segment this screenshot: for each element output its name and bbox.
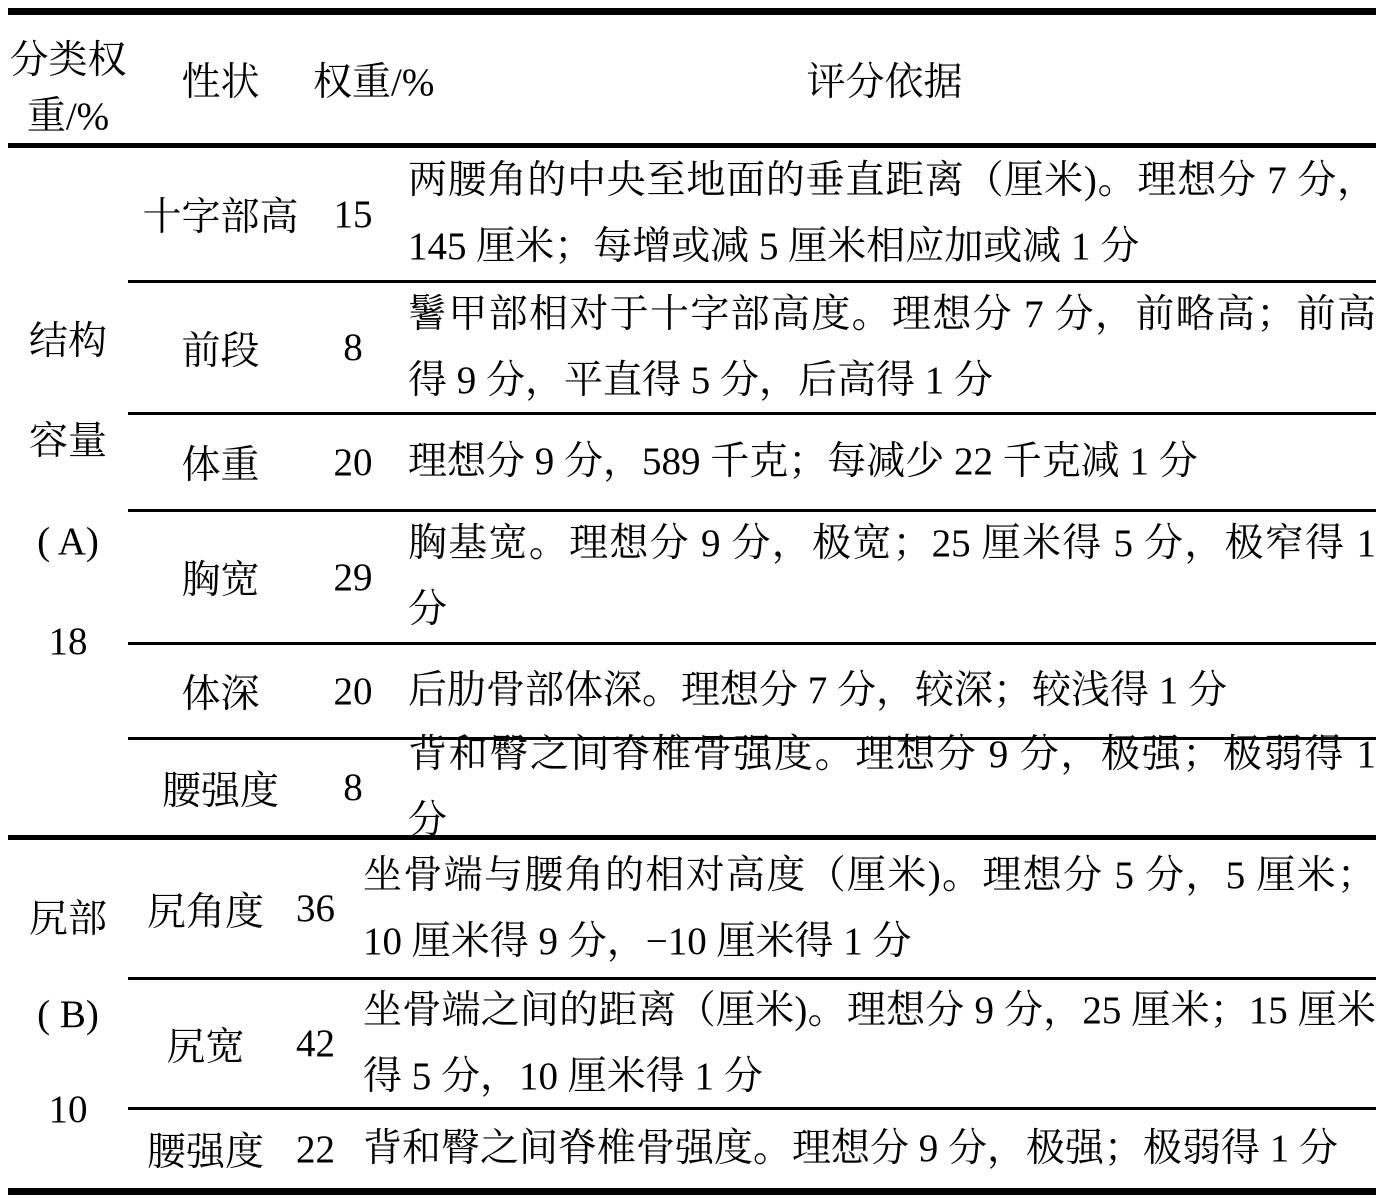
header-group-weight-line2: 重/% [8, 85, 128, 141]
table-header-row: 分类权 重/% 性状 权重/% 评分依据 [8, 15, 1376, 148]
section-rump: 尻部 ( B) 10 尻角度 36 坐骨端与腰角的相对高度（厘米)。理想分 5 … [8, 835, 1376, 1188]
basis-cell: 坐骨端与腰角的相对高度（厘米)。理想分 5 分，5 厘米；10 厘米得 9 分，… [348, 843, 1376, 975]
table-row: 腰强度 22 背和臀之间脊椎骨强度。理想分 9 分，极强；极弱得 1 分 [128, 1110, 1376, 1188]
header-cell-trait: 性状 [128, 51, 313, 107]
table-row: 十字部高 15 两腰角的中央至地面的垂直距离（厘米)。理想分 7 分，145 厘… [128, 148, 1376, 283]
table-row: 尻角度 36 坐骨端与腰角的相对高度（厘米)。理想分 5 分，5 厘米；10 厘… [128, 840, 1376, 980]
group-label-line: 容量 [8, 392, 128, 492]
group-label-line: ( B) [8, 967, 128, 1062]
weight-cell: 20 [313, 669, 393, 714]
trait-cell: 腰强度 [128, 1121, 283, 1177]
scoring-criteria-table: 分类权 重/% 性状 权重/% 评分依据 结构 容量 ( A) 18 十字部高 … [8, 8, 1376, 1195]
weight-cell: 22 [283, 1127, 348, 1172]
table-row: 胸宽 29 胸基宽。理想分 9 分，极宽；25 厘米得 5 分，极窄得 1 分 [128, 512, 1376, 645]
basis-cell: 胸基宽。理想分 9 分，极宽；25 厘米得 5 分，极窄得 1 分 [393, 511, 1376, 643]
weight-cell: 42 [283, 1021, 348, 1066]
basis-cell: 背和臀之间脊椎骨强度。理想分 9 分，极强；极弱得 1 分 [393, 722, 1376, 854]
header-cell-weight: 权重/% [313, 51, 393, 107]
weight-cell: 20 [313, 440, 393, 485]
trait-cell: 前段 [128, 320, 313, 376]
section-a-rows: 十字部高 15 两腰角的中央至地面的垂直距离（厘米)。理想分 7 分，145 厘… [128, 148, 1376, 835]
weight-cell: 8 [313, 765, 393, 810]
header-group-weight-line1: 分类权 [8, 29, 128, 85]
section-structure-capacity: 结构 容量 ( A) 18 十字部高 15 两腰角的中央至地面的垂直距离（厘米)… [8, 148, 1376, 835]
trait-cell: 体重 [128, 434, 313, 490]
weight-cell: 8 [313, 325, 393, 370]
group-label-a: 结构 容量 ( A) 18 [8, 148, 128, 835]
basis-cell: 坐骨端之间的距离（厘米)。理想分 9 分，25 厘米；15 厘米得 5 分，10… [348, 978, 1376, 1110]
table-row: 尻宽 42 坐骨端之间的距离（厘米)。理想分 9 分，25 厘米；15 厘米得 … [128, 980, 1376, 1110]
weight-cell: 36 [283, 886, 348, 931]
group-label-line: ( A) [8, 492, 128, 592]
section-b-rows: 尻角度 36 坐骨端与腰角的相对高度（厘米)。理想分 5 分，5 厘米；10 厘… [128, 840, 1376, 1188]
trait-cell: 胸宽 [128, 549, 313, 605]
basis-cell: 背和臀之间脊椎骨强度。理想分 9 分，极强；极弱得 1 分 [348, 1116, 1376, 1182]
group-label-line: 结构 [8, 292, 128, 392]
weight-cell: 15 [313, 192, 393, 237]
table-row: 前段 8 鬐甲部相对于十字部高度。理想分 7 分，前略高；前高得 9 分，平直得… [128, 283, 1376, 415]
weight-cell: 29 [313, 555, 393, 600]
table-row: 腰强度 8 背和臀之间脊椎骨强度。理想分 9 分，极强；极弱得 1 分 [128, 740, 1376, 835]
trait-cell: 体深 [128, 663, 313, 719]
basis-cell: 理想分 9 分，589 千克；每减少 22 千克减 1 分 [393, 429, 1376, 495]
basis-cell: 两腰角的中央至地面的垂直距离（厘米)。理想分 7 分，145 厘米；每增或减 5… [393, 148, 1376, 280]
header-cell-group-weight: 分类权 重/% [8, 15, 128, 143]
group-label-b: 尻部 ( B) 10 [8, 840, 128, 1188]
group-label-line: 尻部 [8, 872, 128, 967]
basis-cell: 后肋骨部体深。理想分 7 分，较深；较浅得 1 分 [393, 658, 1376, 724]
group-label-line: 18 [8, 592, 128, 692]
trait-cell: 尻宽 [128, 1016, 283, 1072]
trait-cell: 十字部高 [128, 186, 313, 242]
table-row: 体重 20 理想分 9 分，589 千克；每减少 22 千克减 1 分 [128, 415, 1376, 512]
group-label-line: 10 [8, 1062, 128, 1157]
trait-cell: 腰强度 [128, 760, 313, 816]
header-cell-basis: 评分依据 [393, 51, 1376, 107]
trait-cell: 尻角度 [128, 881, 283, 937]
basis-cell: 鬐甲部相对于十字部高度。理想分 7 分，前略高；前高得 9 分，平直得 5 分，… [393, 282, 1376, 414]
